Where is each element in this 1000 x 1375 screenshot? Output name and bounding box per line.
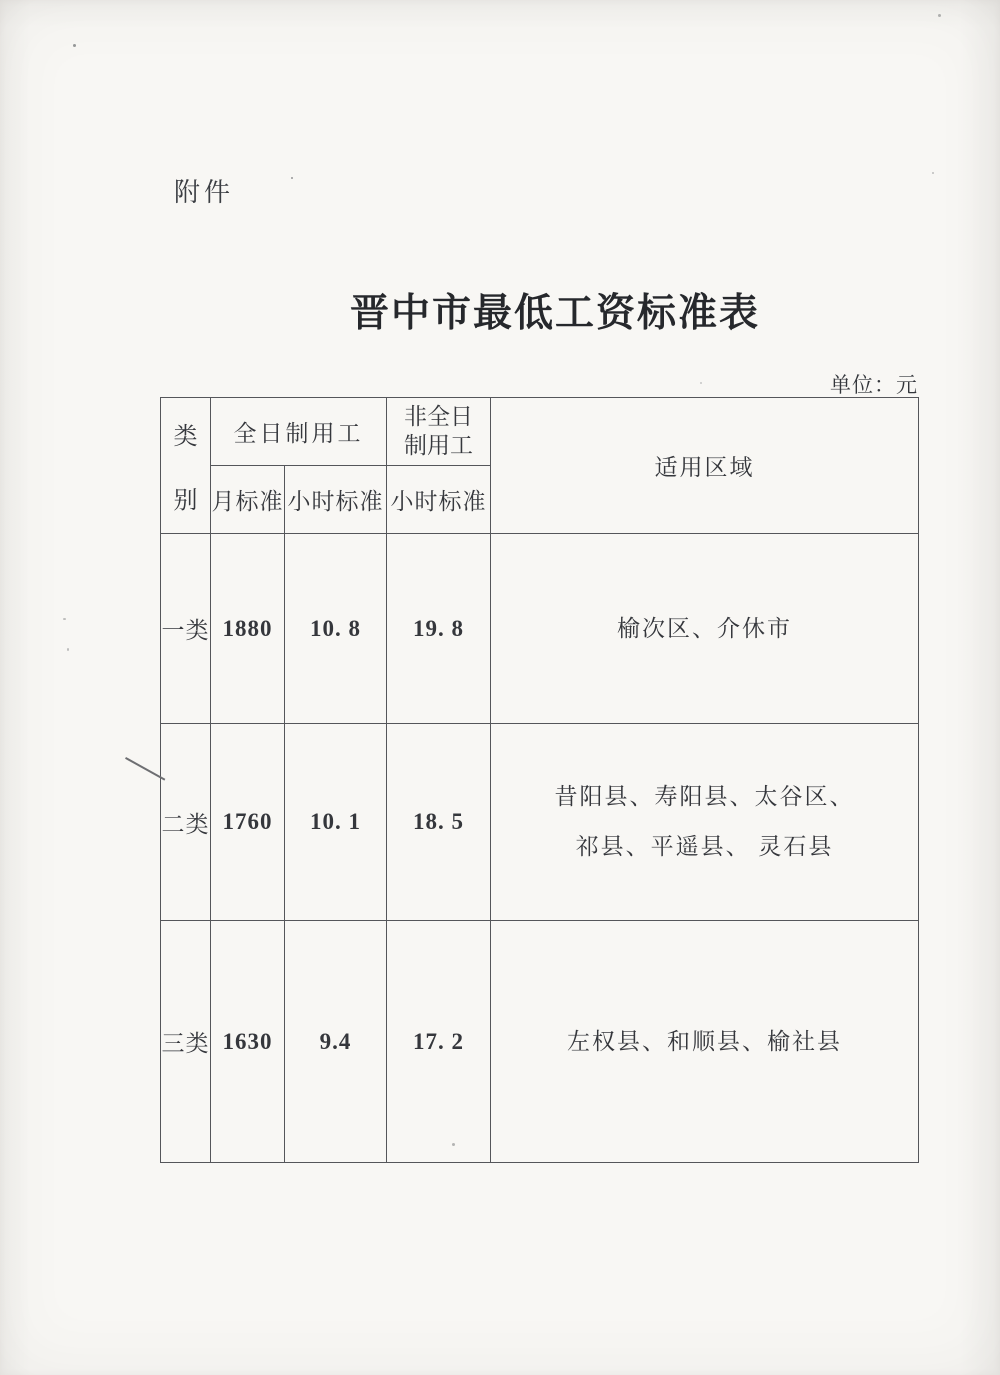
header-parttime-hourly: 小时标准 [387, 466, 491, 534]
scan-speckle [932, 172, 934, 174]
scan-speckle [63, 618, 66, 620]
table-row-class2: 二类 1760 10. 1 18. 5 昔阳县、寿阳县、太谷区、 祁县、平遥县、… [161, 724, 919, 921]
wage-standards-table: 类 别 全日制用工 非全日 制用工 适用区域 月标准 小时标准 小时标准 一类 … [160, 397, 919, 1163]
table-row-class3: 三类 1630 9.4 17. 2 左权县、和顺县、榆社县 [161, 921, 919, 1163]
region-line: 榆次区、介休市 [491, 604, 918, 654]
header-fulltime-hourly: 小时标准 [285, 466, 387, 534]
region-cell: 榆次区、介休市 [491, 534, 919, 724]
header-row-top: 类 别 全日制用工 非全日 制用工 适用区域 [161, 398, 919, 466]
category-cell: 二类 [161, 724, 211, 921]
header-category-char1: 类 [174, 416, 198, 451]
parttime-hourly-cell: 19. 8 [387, 534, 491, 724]
scan-speckle [452, 1143, 455, 1146]
scan-speckle [291, 177, 293, 179]
scan-speckle [73, 44, 76, 47]
header-parttime-line2: 制用工 [387, 432, 490, 461]
parttime-hourly-cell: 17. 2 [387, 921, 491, 1163]
region-line: 昔阳县、寿阳县、太谷区、 [491, 772, 918, 822]
header-parttime-line1: 非全日 [387, 403, 490, 432]
fulltime-hourly-cell: 9.4 [285, 921, 387, 1163]
table-row-class1: 一类 1880 10. 8 19. 8 榆次区、介休市 [161, 534, 919, 724]
scan-speckle [67, 648, 69, 651]
scan-speckle [700, 382, 702, 384]
fulltime-hourly-cell: 10. 1 [285, 724, 387, 921]
page-title: 晋中市最低工资标准表 [350, 282, 730, 338]
header-category: 类 别 [161, 398, 211, 534]
header-category-char2: 别 [174, 480, 198, 515]
region-cell: 昔阳县、寿阳县、太谷区、 祁县、平遥县、 灵石县 [491, 724, 919, 921]
category-cell: 一类 [161, 534, 211, 724]
monthly-standard-cell: 1760 [211, 724, 285, 921]
parttime-hourly-cell: 18. 5 [387, 724, 491, 921]
region-line: 左权县、和顺县、榆社县 [491, 1017, 918, 1067]
monthly-standard-cell: 1880 [211, 534, 285, 724]
header-fulltime: 全日制用工 [211, 398, 387, 466]
region-line: 祁县、平遥县、 灵石县 [491, 822, 918, 872]
header-parttime: 非全日 制用工 [387, 398, 491, 466]
attachment-label: 附件 [174, 172, 234, 209]
category-cell: 三类 [161, 921, 211, 1163]
scan-speckle [938, 14, 941, 17]
header-monthly-standard: 月标准 [211, 466, 285, 534]
region-cell: 左权县、和顺县、榆社县 [491, 921, 919, 1163]
monthly-standard-cell: 1630 [211, 921, 285, 1163]
scanned-document-page: 附件 晋中市最低工资标准表 单位：元 类 别 全日制用工 非全日 [0, 0, 1000, 1375]
header-region: 适用区域 [491, 398, 919, 534]
unit-label: 单位：元 [818, 369, 918, 399]
fulltime-hourly-cell: 10. 8 [285, 534, 387, 724]
